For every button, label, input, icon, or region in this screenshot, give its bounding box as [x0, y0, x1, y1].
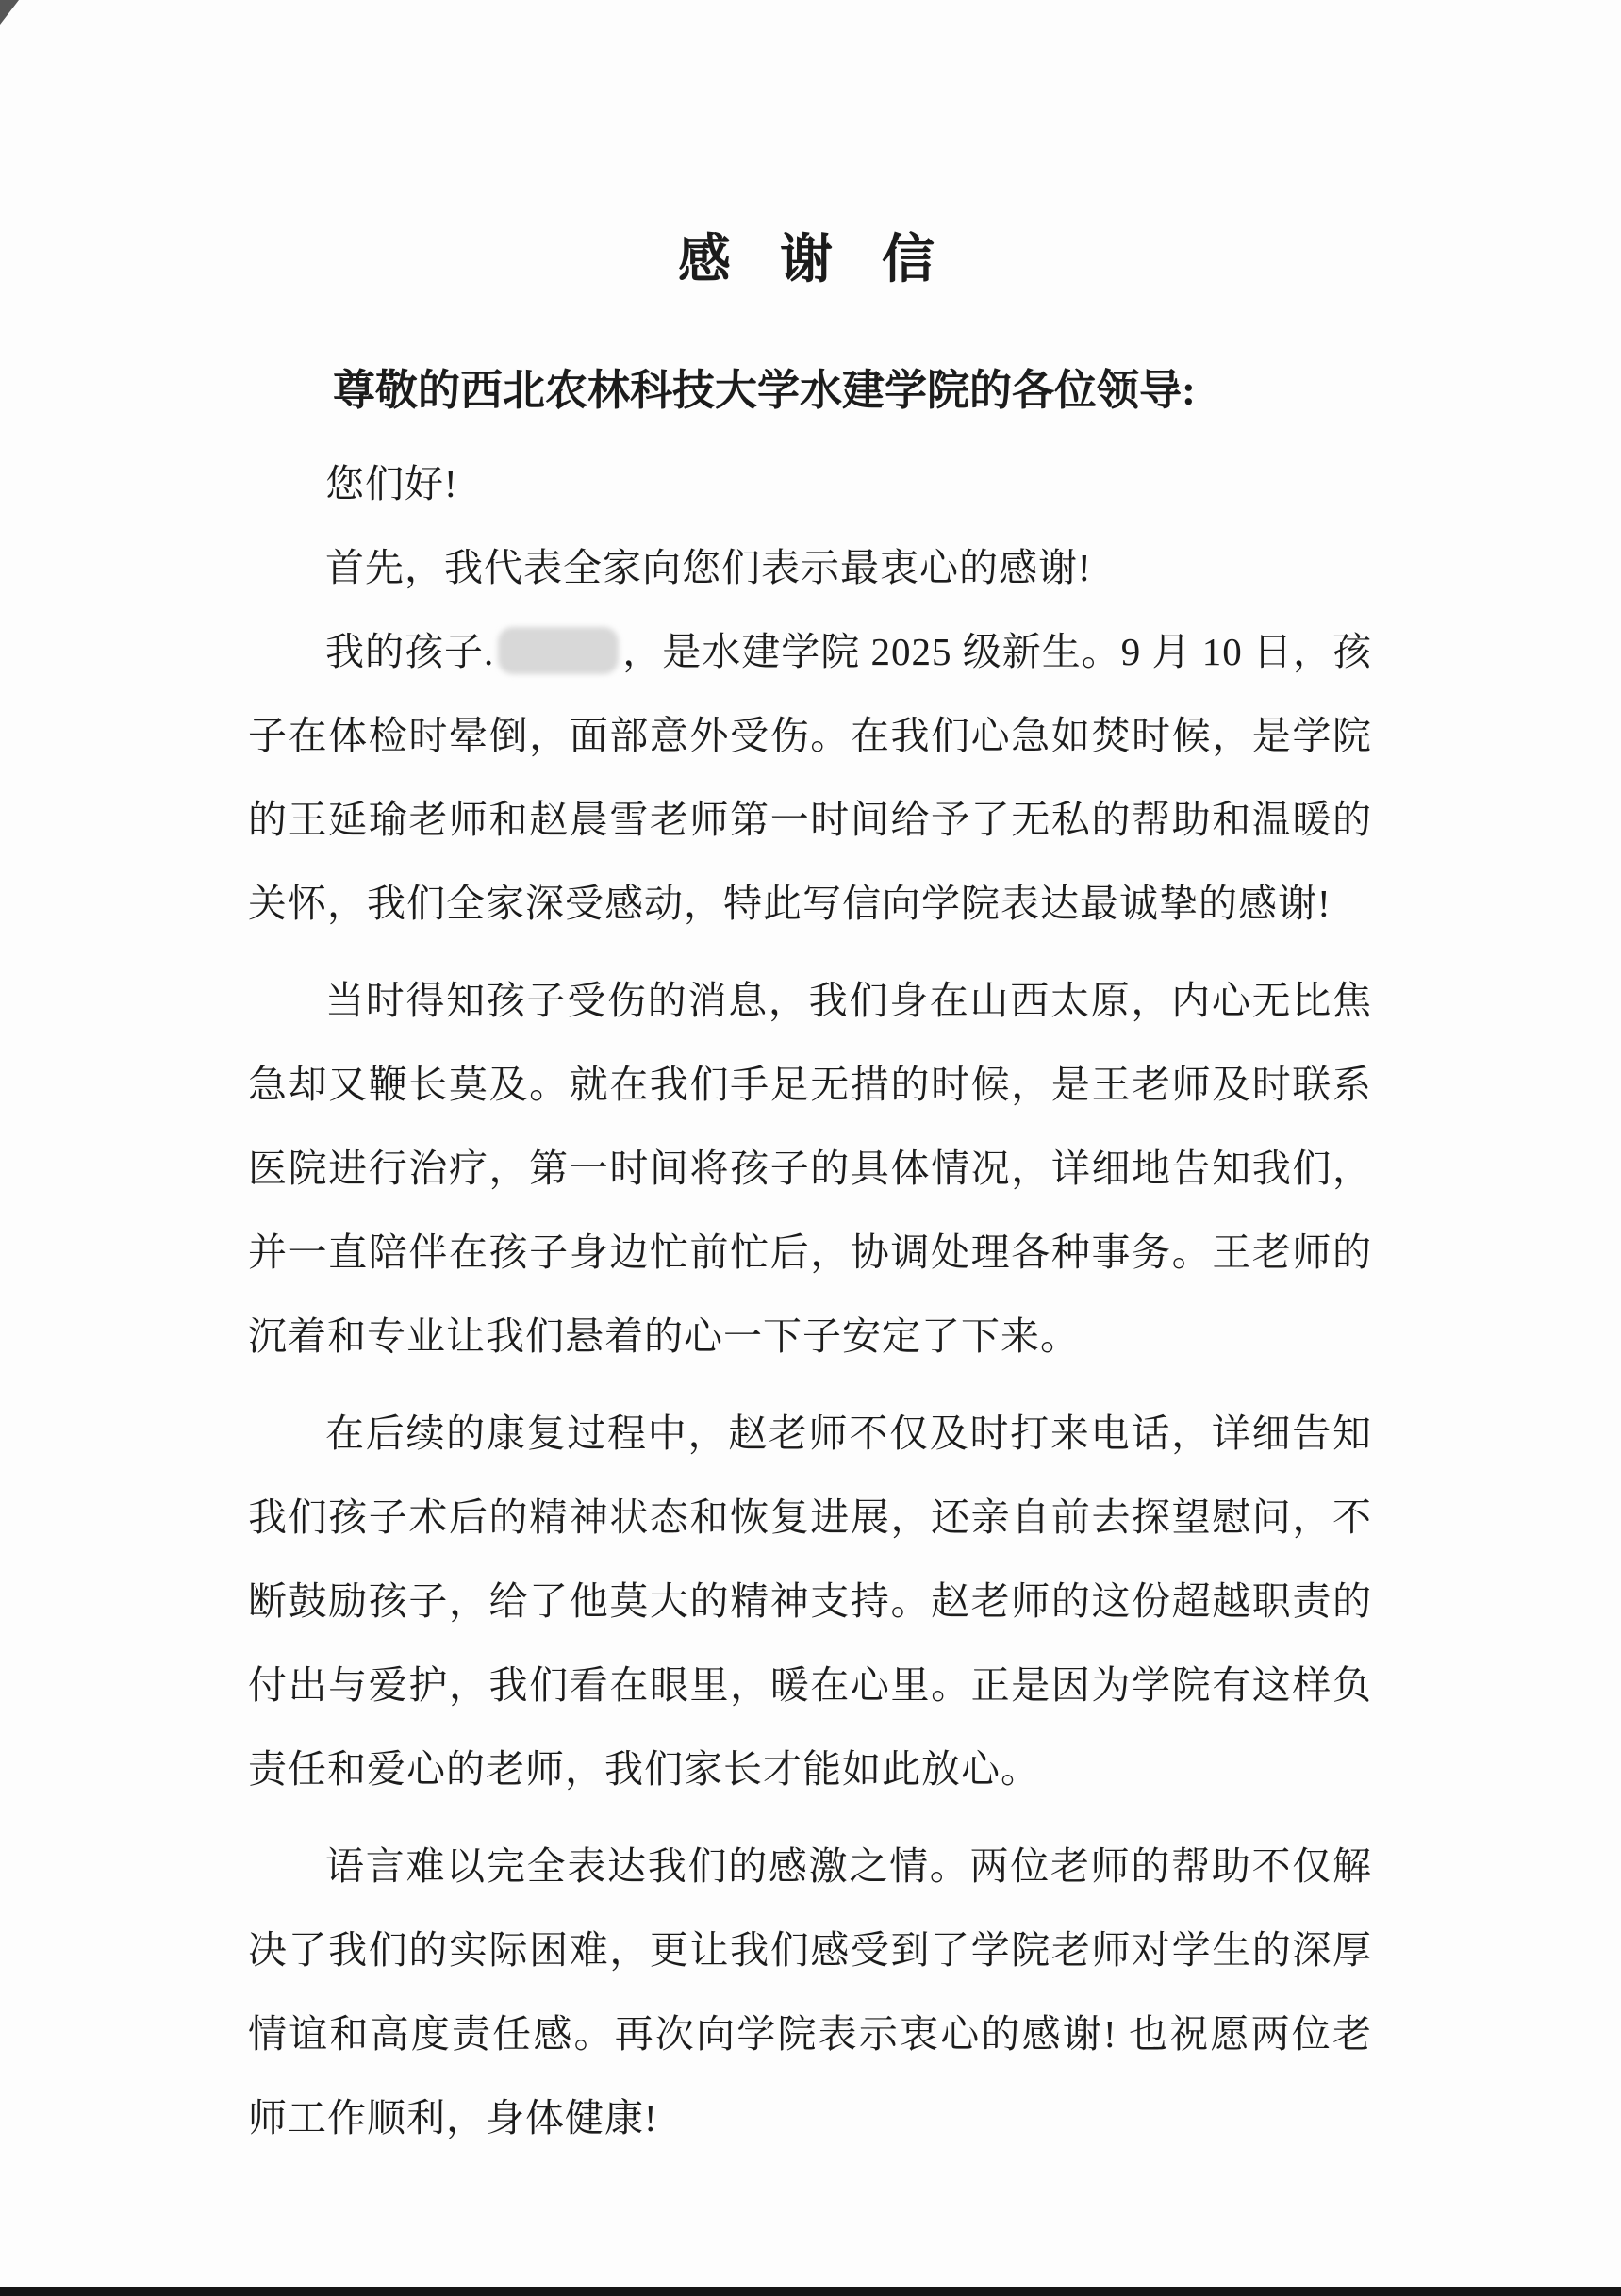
scanned-letter-page: 感 谢 信 尊敬的西北农林科技大学水建学院的各位领导: 您们好! 首先，我代表全… — [0, 0, 1621, 2296]
child-intro-paragraph: 我的孩子.，是水建学院 2025 级新生。9 月 10 日，孩子在体检时晕倒，面… — [248, 610, 1372, 946]
redacted-name-blur — [498, 627, 619, 674]
child-intro-suffix: ，是水建学院 2025 级新生。9 月 10 日，孩子在体检时晕倒，面部意外受伤… — [248, 630, 1372, 925]
closing-paragraph: 语言难以完全表达我们的感激之情。两位老师的帮助不仅解决了我们的实际困难，更让我们… — [248, 1825, 1372, 2160]
incident-paragraph: 当时得知孩子受伤的消息，我们身在山西太原，内心无比焦急却又鞭长莫及。就在我们手足… — [248, 959, 1372, 1379]
salutation-line: 尊敬的西北农林科技大学水建学院的各位领导: — [248, 349, 1372, 433]
scan-bottom-edge — [0, 2287, 1621, 2296]
letter-title: 感 谢 信 — [248, 229, 1372, 292]
child-intro-prefix: 我的孩子. — [325, 630, 494, 673]
scan-corner-artifact — [0, 0, 19, 25]
letter-body: 感 谢 信 尊敬的西北农林科技大学水建学院的各位领导: 您们好! 首先，我代表全… — [248, 229, 1372, 2160]
greeting-line: 您们好! — [248, 442, 1372, 526]
recovery-paragraph: 在后续的康复过程中，赵老师不仅及时打来电话，详细告知我们孩子术后的精神状态和恢复… — [248, 1392, 1372, 1811]
opening-line: 首先，我代表全家向您们表示最衷心的感谢! — [248, 526, 1372, 610]
